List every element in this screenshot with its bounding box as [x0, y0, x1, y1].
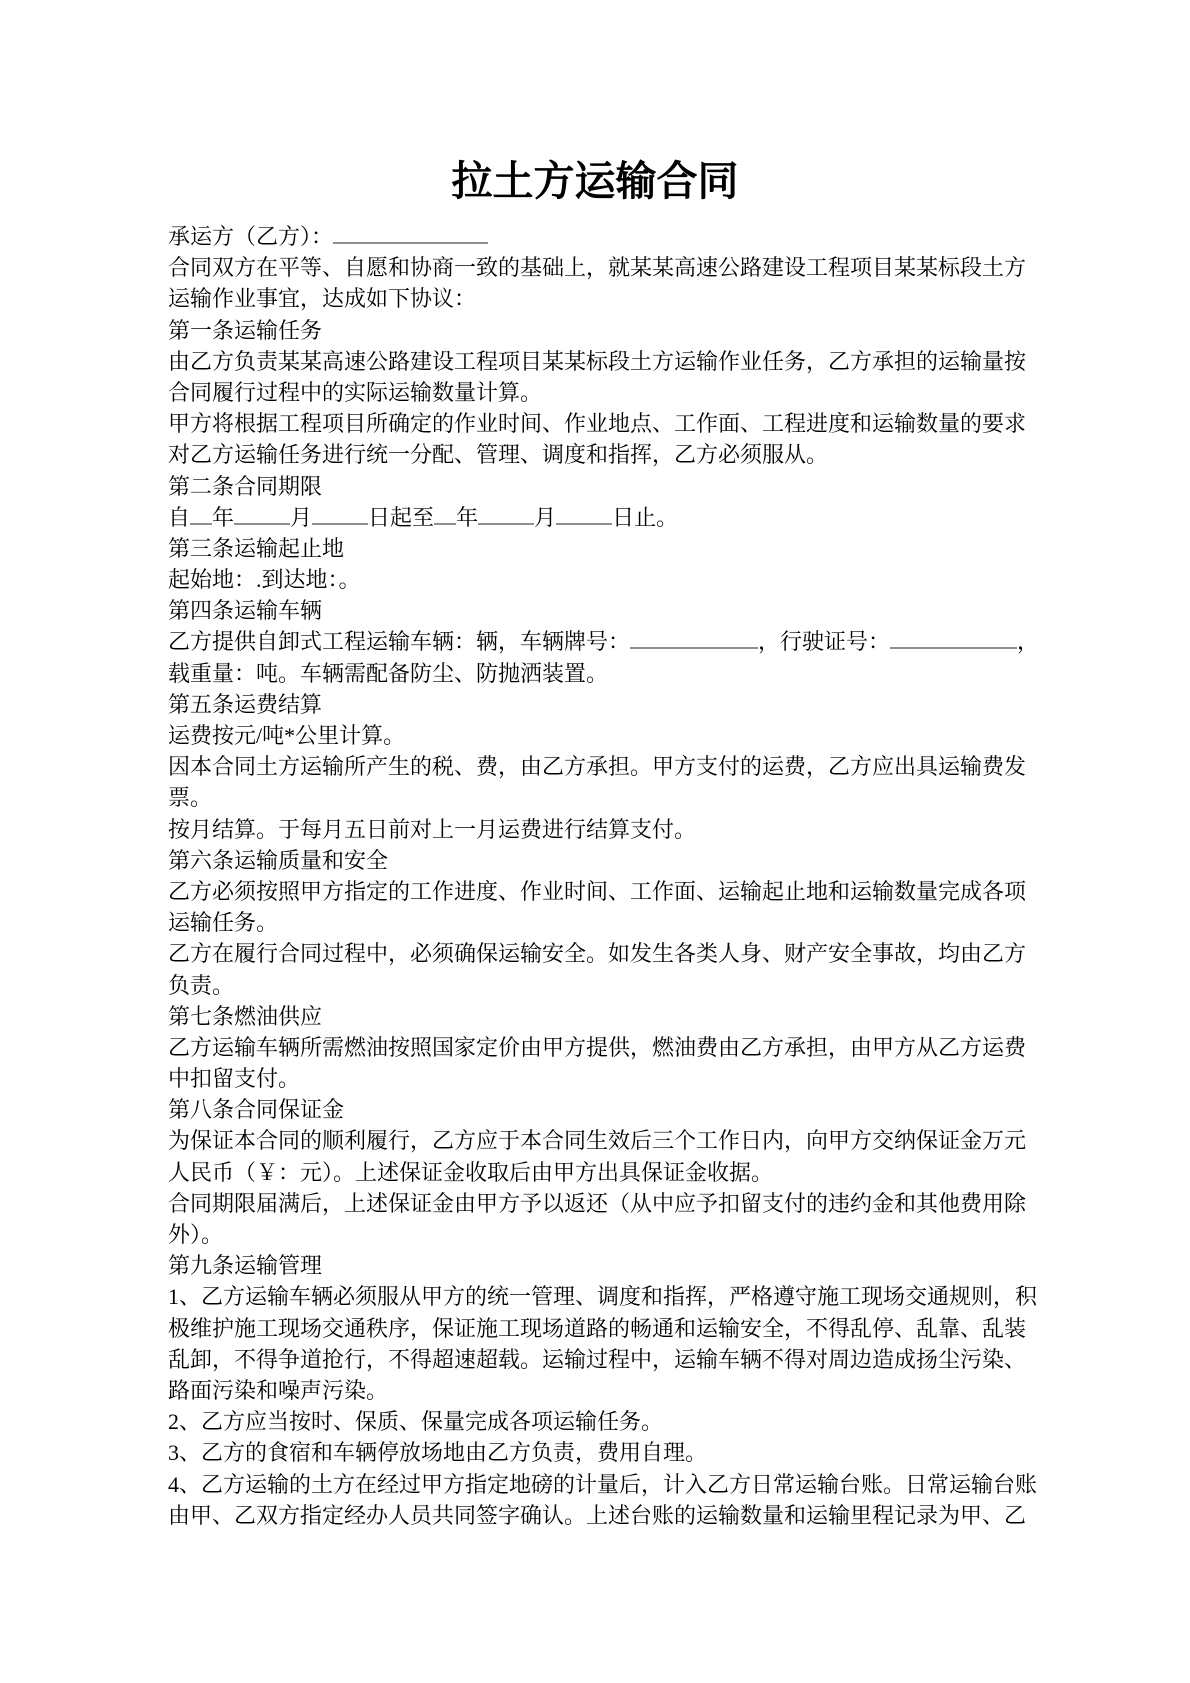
- document-line: 由乙方负责某某高速公路建设工程项目某某标段土方运输作业任务，乙方承担的运输量按: [168, 346, 1048, 377]
- line-text: 第七条燃油供应: [168, 1004, 322, 1029]
- document-line: 3、乙方的食宿和车辆停放场地由乙方负责，费用自理。: [168, 1437, 1048, 1468]
- line-text: 负责。: [168, 973, 234, 998]
- document-line: 乙方运输车辆所需燃油按照国家定价由甲方提供，燃油费由乙方承担，由甲方从乙方运费: [168, 1032, 1048, 1063]
- line-text: 乱卸，不得争道抢行，不得超速超载。运输过程中，运输车辆不得对周边造成扬尘污染、: [168, 1347, 1026, 1372]
- document-line: 乱卸，不得争道抢行，不得超速超载。运输过程中，运输车辆不得对周边造成扬尘污染、: [168, 1344, 1048, 1375]
- line-text: 日止。: [612, 505, 678, 530]
- line-text: 第二条合同期限: [168, 474, 322, 499]
- line-text: 人民币（￥：元）。上述保证金收取后由甲方出具保证金收据。: [168, 1160, 773, 1185]
- line-text: 合同期限届满后，上述保证金由甲方予以返还（从中应予扣留支付的违约金和其他费用除: [168, 1191, 1026, 1216]
- document-line: 第八条合同保证金: [168, 1094, 1048, 1125]
- line-text: 因本合同土方运输所产生的税、费，由乙方承担。甲方支付的运费，乙方应出具运输费发: [168, 754, 1026, 779]
- line-text: 极维护施工现场交通秩序，保证施工现场道路的畅通和运输安全，不得乱停、乱靠、乱装: [168, 1316, 1026, 1341]
- line-text: 按月结算。于每月五日前对上一月运费进行结算支付。: [168, 817, 696, 842]
- document-line: 乙方提供自卸式工程运输车辆：辆，车辆牌号：，行驶证号：，: [168, 626, 1048, 657]
- document-line: 合同双方在平等、自愿和协商一致的基础上，就某某高速公路建设工程项目某某标段土方: [168, 252, 1048, 283]
- line-text: 合同履行过程中的实际运输数量计算。: [168, 380, 542, 405]
- line-text: 运输作业事宜，达成如下协议：: [168, 286, 476, 311]
- fill-in-blank: [234, 504, 290, 525]
- line-text: 合同双方在平等、自愿和协商一致的基础上，就某某高速公路建设工程项目某某标段土方: [168, 255, 1026, 280]
- line-text: 运输任务。: [168, 910, 278, 935]
- line-text: 乙方在履行合同过程中，必须确保运输安全。如发生各类人身、财产安全事故，均由乙方: [168, 941, 1026, 966]
- line-text: 自: [168, 505, 190, 530]
- fill-in-blank: [478, 504, 534, 525]
- line-text: 年: [456, 505, 478, 530]
- document-line: 1、乙方运输车辆必须服从甲方的统一管理、调度和指挥，严格遵守施工现场交通规则，积: [168, 1281, 1048, 1312]
- document-line: 中扣留支付。: [168, 1063, 1048, 1094]
- line-text: 乙方提供自卸式工程运输车辆：辆，车辆牌号：: [168, 629, 630, 654]
- line-text: 对乙方运输任务进行统一分配、管理、调度和指挥，乙方必须服从。: [168, 442, 828, 467]
- document-line: 第三条运输起止地: [168, 533, 1048, 564]
- document-line: 自年月日起至年月日止。: [168, 502, 1048, 533]
- line-text: 由乙方负责某某高速公路建设工程项目某某标段土方运输作业任务，乙方承担的运输量按: [168, 349, 1026, 374]
- line-text: 中扣留支付。: [168, 1066, 300, 1091]
- line-text: 第一条运输任务: [168, 318, 322, 343]
- fill-in-blank: [312, 504, 368, 525]
- document-line: 因本合同土方运输所产生的税、费，由乙方承担。甲方支付的运费，乙方应出具运输费发: [168, 751, 1048, 782]
- fill-in-blank: [630, 628, 758, 649]
- contract-document-page: 拉土方运输合同 承运方（乙方）：合同双方在平等、自愿和协商一致的基础上，就某某高…: [0, 0, 1190, 1683]
- document-line: 承运方（乙方）：: [168, 221, 1048, 252]
- line-text: 第三条运输起止地: [168, 536, 344, 561]
- document-line: 运费按元/吨*公里计算。: [168, 720, 1048, 751]
- line-text: 第八条合同保证金: [168, 1097, 344, 1122]
- fill-in-blank: [333, 223, 488, 244]
- line-text: 1、乙方运输车辆必须服从甲方的统一管理、调度和指挥，严格遵守施工现场交通规则，积: [168, 1284, 1037, 1309]
- line-text: 第五条运费结算: [168, 692, 322, 717]
- document-body: 承运方（乙方）：合同双方在平等、自愿和协商一致的基础上，就某某高速公路建设工程项…: [168, 221, 1048, 1531]
- document-line: 外）。: [168, 1219, 1048, 1250]
- document-line: 2、乙方应当按时、保质、保量完成各项运输任务。: [168, 1406, 1048, 1437]
- line-text: 票。: [168, 785, 212, 810]
- line-text: 4、乙方运输的土方在经过甲方指定地磅的计量后，计入乙方日常运输台账。日常运输台账: [168, 1472, 1037, 1497]
- document-line: 第七条燃油供应: [168, 1001, 1048, 1032]
- document-line: 极维护施工现场交通秩序，保证施工现场道路的畅通和运输安全，不得乱停、乱靠、乱装: [168, 1313, 1048, 1344]
- line-text: ，: [1017, 629, 1039, 654]
- line-text: 乙方必须按照甲方指定的工作进度、作业时间、工作面、运输起止地和运输数量完成各项: [168, 879, 1026, 904]
- document-line: 第二条合同期限: [168, 471, 1048, 502]
- document-line: 乙方在履行合同过程中，必须确保运输安全。如发生各类人身、财产安全事故，均由乙方: [168, 938, 1048, 969]
- document-line: 路面污染和噪声污染。: [168, 1375, 1048, 1406]
- document-line: 为保证本合同的顺利履行，乙方应于本合同生效后三个工作日内，向甲方交纳保证金万元: [168, 1125, 1048, 1156]
- line-text: 3、乙方的食宿和车辆停放场地由乙方负责，费用自理。: [168, 1440, 707, 1465]
- line-text: 第六条运输质量和安全: [168, 848, 388, 873]
- fill-in-blank: [890, 628, 1017, 649]
- document-title: 拉土方运输合同: [0, 150, 1190, 212]
- line-text: 年: [212, 505, 234, 530]
- document-line: 按月结算。于每月五日前对上一月运费进行结算支付。: [168, 814, 1048, 845]
- line-text: 起始地：.到达地：。: [168, 567, 361, 592]
- line-text: 第四条运输车辆: [168, 598, 322, 623]
- document-line: 第一条运输任务: [168, 315, 1048, 346]
- document-line: 运输作业事宜，达成如下协议：: [168, 283, 1048, 314]
- document-line: 运输任务。: [168, 907, 1048, 938]
- line-text: 运费按元/吨*公里计算。: [168, 723, 405, 748]
- fill-in-blank: [434, 504, 456, 525]
- document-line: 人民币（￥：元）。上述保证金收取后由甲方出具保证金收据。: [168, 1157, 1048, 1188]
- document-line: 由甲、乙双方指定经办人员共同签字确认。上述台账的运输数量和运输里程记录为甲、乙: [168, 1500, 1048, 1531]
- line-text: 路面污染和噪声污染。: [168, 1378, 388, 1403]
- document-line: 第六条运输质量和安全: [168, 845, 1048, 876]
- document-line: 4、乙方运输的土方在经过甲方指定地磅的计量后，计入乙方日常运输台账。日常运输台账: [168, 1469, 1048, 1500]
- line-text: 日起至: [368, 505, 434, 530]
- line-text: 外）。: [168, 1222, 223, 1247]
- document-line: 乙方必须按照甲方指定的工作进度、作业时间、工作面、运输起止地和运输数量完成各项: [168, 876, 1048, 907]
- line-text: 载重量：吨。车辆需配备防尘、防抛洒装置。: [168, 661, 608, 686]
- line-text: 为保证本合同的顺利履行，乙方应于本合同生效后三个工作日内，向甲方交纳保证金万元: [168, 1128, 1026, 1153]
- line-text: 由甲、乙双方指定经办人员共同签字确认。上述台账的运输数量和运输里程记录为甲、乙: [168, 1503, 1026, 1528]
- document-line: 第四条运输车辆: [168, 595, 1048, 626]
- document-line: 负责。: [168, 970, 1048, 1001]
- line-text: 2、乙方应当按时、保质、保量完成各项运输任务。: [168, 1409, 663, 1434]
- line-text: 月: [290, 505, 312, 530]
- document-line: 第五条运费结算: [168, 689, 1048, 720]
- line-text: 乙方运输车辆所需燃油按照国家定价由甲方提供，燃油费由乙方承担，由甲方从乙方运费: [168, 1035, 1026, 1060]
- document-line: 载重量：吨。车辆需配备防尘、防抛洒装置。: [168, 658, 1048, 689]
- document-line: 合同期限届满后，上述保证金由甲方予以返还（从中应予扣留支付的违约金和其他费用除: [168, 1188, 1048, 1219]
- document-line: 起始地：.到达地：。: [168, 564, 1048, 595]
- document-line: 票。: [168, 782, 1048, 813]
- line-text: ，行驶证号：: [758, 629, 890, 654]
- line-text: 月: [534, 505, 556, 530]
- document-line: 甲方将根据工程项目所确定的作业时间、作业地点、工作面、工程进度和运输数量的要求: [168, 408, 1048, 439]
- line-text: 第九条运输管理: [168, 1253, 322, 1278]
- line-text: 承运方（乙方）：: [168, 224, 333, 249]
- fill-in-blank: [556, 504, 612, 525]
- document-line: 合同履行过程中的实际运输数量计算。: [168, 377, 1048, 408]
- line-text: 甲方将根据工程项目所确定的作业时间、作业地点、工作面、工程进度和运输数量的要求: [168, 411, 1026, 436]
- document-line: 对乙方运输任务进行统一分配、管理、调度和指挥，乙方必须服从。: [168, 439, 1048, 470]
- fill-in-blank: [190, 504, 212, 525]
- document-line: 第九条运输管理: [168, 1250, 1048, 1281]
